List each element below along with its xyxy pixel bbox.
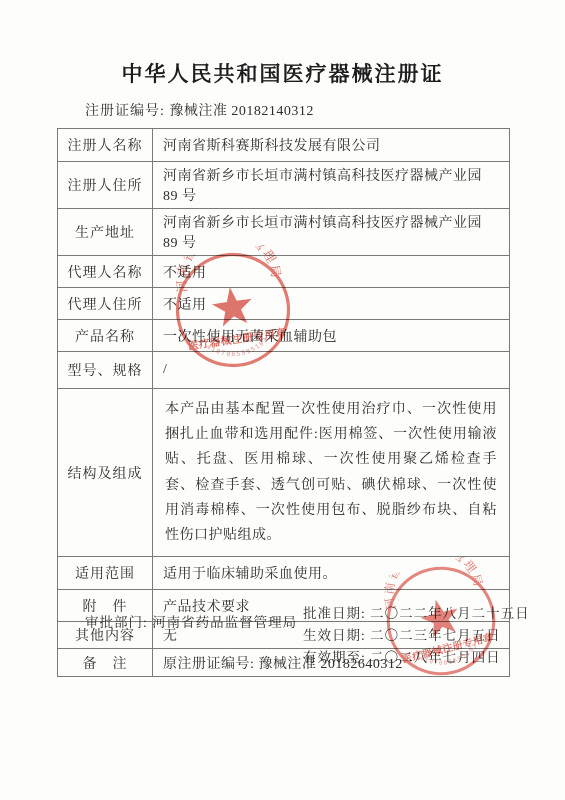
certificate-table: 注册人名称 河南省斯科赛斯科技发展有限公司 注册人住所 河南省新乡市长垣市满村镇… (57, 128, 510, 677)
approval-date-line: 批准日期: 二〇二二年八月二十五日 (303, 603, 530, 625)
expiry-date-label: 有效期至: (303, 650, 366, 665)
row-label: 生产地址 (58, 209, 153, 256)
dates-block: 批准日期: 二〇二二年八月二十五日 生效日期: 二〇二三年七月五日 有效期至: … (303, 603, 530, 669)
effective-date-label: 生效日期: (303, 628, 366, 643)
row-model-spec: 型号、规格 / (58, 352, 510, 389)
cert-number-label: 注册证编号: (85, 104, 165, 119)
cert-number-line: 注册证编号: 豫械注准 20182140312 (85, 100, 314, 120)
row-label: 代理人住所 (58, 288, 153, 320)
row-product-name: 产品名称 一次性使用无菌采血辅助包 (58, 320, 510, 352)
certificate-page: 中华人民共和国医疗器械注册证 注册证编号: 豫械注准 20182140312 注… (0, 0, 565, 800)
row-label: 型号、规格 (58, 352, 153, 389)
row-label: 注册人名称 (58, 129, 153, 162)
row-structure-composition: 结构及组成 本产品由基本配置一次性使用治疗巾、一次性使用捆扎止血带和选用配件:医… (58, 389, 510, 557)
expiry-date-value: 二〇二八年七月四日 (370, 650, 501, 665)
row-value: 适用于临床辅助采血使用。 (153, 557, 510, 590)
row-agent-address: 代理人住所 不适用 (58, 288, 510, 320)
effective-date-value: 二〇二三年七月五日 (370, 628, 501, 643)
row-label: 结构及组成 (58, 389, 153, 557)
row-value: 河南省新乡市长垣市满村镇高科技医疗器械产业园 89 号 (153, 162, 510, 209)
row-label: 适用范围 (58, 557, 153, 590)
row-value: 一次性使用无菌采血辅助包 (153, 320, 510, 352)
approval-department-line: 审批部门: 河南省药品监督管理局 (85, 611, 297, 631)
approval-date-value: 二〇二二年八月二十五日 (370, 606, 530, 621)
effective-date-line: 生效日期: 二〇二三年七月五日 (303, 625, 530, 647)
row-value: 河南省斯科赛斯科技发展有限公司 (153, 129, 510, 162)
cert-number-value: 豫械注准 20182140312 (169, 104, 314, 119)
row-agent-name: 代理人名称 不适用 (58, 256, 510, 288)
approval-date-label: 批准日期: (303, 606, 366, 621)
row-label: 备 注 (58, 649, 153, 677)
row-value: 河南省新乡市长垣市满村镇高科技医疗器械产业园 89 号 (153, 209, 510, 256)
page-title: 中华人民共和国医疗器械注册证 (0, 0, 565, 88)
approval-department-label: 审批部门: (85, 615, 148, 630)
row-label: 代理人名称 (58, 256, 153, 288)
row-production-address: 生产地址 河南省新乡市长垣市满村镇高科技医疗器械产业园 89 号 (58, 209, 510, 256)
row-intended-use: 适用范围 适用于临床辅助采血使用。 (58, 557, 510, 590)
row-value: / (153, 352, 510, 389)
row-value: 本产品由基本配置一次性使用治疗巾、一次性使用捆扎止血带和选用配件:医用棉签、一次… (153, 389, 510, 557)
row-registrant-name: 注册人名称 河南省斯科赛斯科技发展有限公司 (58, 129, 510, 162)
approval-department-value: 河南省药品监督管理局 (152, 615, 297, 630)
row-label: 注册人住所 (58, 162, 153, 209)
row-value: 不适用 (153, 288, 510, 320)
row-registrant-address: 注册人住所 河南省新乡市长垣市满村镇高科技医疗器械产业园 89 号 (58, 162, 510, 209)
row-label: 产品名称 (58, 320, 153, 352)
expiry-date-line: 有效期至: 二〇二八年七月四日 (303, 647, 530, 669)
row-value: 不适用 (153, 256, 510, 288)
